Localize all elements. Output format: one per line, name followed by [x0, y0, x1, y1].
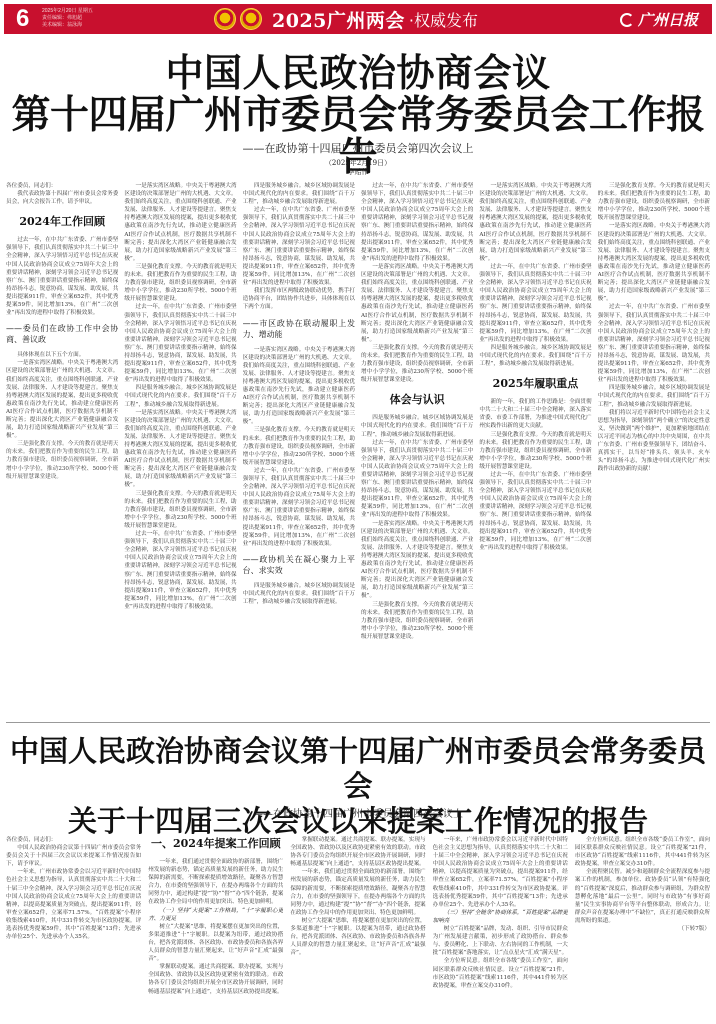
summary-paragraph: 一年来，广州市政协常委会以习近平新时代中国特色社会主义思想为指导，认真贯彻落实中… — [6, 868, 141, 941]
headline-line1: 中国人民政治协商会议第十四届广州市委员会常务委员会 — [0, 734, 716, 804]
subhead-members: ——委员们在政协工作中会协商、善议政 — [6, 323, 118, 345]
subsection-heading-3: （三）坚持“全链条”协商体系，“百姓提案”品牌更加响亮 — [433, 909, 568, 925]
body-text: 树立“百姓提案”品牌，发动、组织、引导市民群众为广州发展建言献策，初步形成了政协… — [433, 925, 568, 957]
article1-column-4: 过去一年，在中共广东省委、广州市委坚强领导下，我们认真贯彻落实中共二十届三中全会… — [361, 182, 473, 714]
body-text: 三是强化教育支撑。今天的教育就是明天的未来。我们把教育作为重要的民生工程，助力教… — [124, 490, 236, 530]
body-text: 树立“大提案”思维，将提案摆在更加突出的位置，多渠道推进“十”字履职。以提案为纽… — [290, 917, 425, 957]
greeting: 各位委员，同志们： — [6, 836, 141, 844]
body-text: 树立“大提案”思维，将提案摆在更加突出的位置，多渠道推进“十”字履职。以提案为纽… — [148, 923, 283, 963]
newspaper-logo: 广州日报 — [620, 9, 698, 30]
body-text: 过去一年，在中共广东省委、广州市委坚强领导下，我们认真贯彻落实中共二十届三中全会… — [479, 471, 591, 552]
body-text: 四是服务城乡融合。城乡区域协调发展是中国式现代化的内在要求。我们围绕“百千万工程… — [361, 414, 473, 438]
article2-body: 各位委员，同志们： 中国人民政治协商会议第十四届广州市委员会常务委员会关于十四届… — [6, 836, 710, 1022]
designer-line: 美术编辑：翁泳海 — [42, 22, 93, 29]
intro-paragraph: 中国人民政治协商会议第十四届广州市委员会常务委员会关于十四届三次会议以来提案工作… — [6, 844, 141, 868]
section-title: 2025广州两会 — [272, 6, 405, 33]
aspect1-paragraph: 一是落实湾区战略。中央关于粤港澳大湾区建设的决策部署是广州的大机遇、大文章。我们… — [6, 359, 118, 440]
body-text: 四是服务城乡融合。城乡区域协调发展是中国式现代化的内在要求。我们围绕“百千万工程… — [243, 182, 355, 206]
article1-column-2: 一是落实湾区战略。中央关于粤港澳大湾区建设的决策部署是广州的大机遇、大文章。我们… — [124, 182, 236, 714]
body-text: 过去一年，在中共广东省委、广州市委坚强领导下，我们认真贯彻落实中共二十届三中全会… — [124, 530, 236, 611]
body-text: 过去一年，在中共广东省委、广州市委坚强领导下，我们认真贯彻落实中共二十届三中全会… — [243, 206, 355, 287]
five-aspects-paragraph: 具体体现在以下五个方面。 — [6, 351, 118, 359]
body-text: 三是强化教育支撑。今天的教育就是明天的未来。我们把教育作为重要的民生工程，助力教… — [479, 431, 591, 471]
newspaper-name: 广州日报 — [638, 9, 698, 30]
body-text: 一年来，我们通过贯彻全面政协的新部署，围绕广州发展的新态势，锚定高质量发展的新任… — [290, 868, 425, 917]
section-divider — [6, 722, 710, 723]
section-heading-review: 一、2024年提案工作回顾 — [148, 836, 283, 852]
body-text: 过去一年，在中共广东省委、广州市委坚强领导下，我们认真贯彻落实中共二十届三中全会… — [243, 467, 355, 548]
body-text: 三是强化教育支撑。今天的教育就是明天的未来。我们把教育作为重要的民生工程，助力教… — [243, 426, 355, 466]
article2-headline: 中国人民政治协商会议第十四届广州市委员会常务委员会 关于十四届三次会议以来提案工… — [0, 734, 716, 839]
body-text: 四是服务城乡融合。城乡区域协调发展是中国式现代化的内在要求。我们围绕“百千万工程… — [598, 384, 710, 408]
review-paragraph: 一年来，我们通过贯彻全面政协的新部署，围绕广州发展的新态势，锚定高质量发展的新任… — [148, 858, 283, 907]
body-text: 过去一年，在中共广东省委、广州市委坚强领导下，我们认真贯彻落实中共二十届三中全会… — [598, 303, 710, 384]
greeting: 各位委员，同志们： — [6, 182, 118, 190]
body-text: 过去一年，在中共广东省委、广州市委坚强领导下，我们认真贯彻落实中共二十届三中全会… — [361, 182, 473, 263]
subhead-organs: ——政协机关在凝心聚力上平台、求实效 — [243, 554, 355, 576]
article1-column-3: 四是服务城乡融合。城乡区域协调发展是中国式现代化的内在要求。我们围绕“百千万工程… — [243, 182, 355, 714]
continued-note: （下转7版） — [575, 925, 710, 933]
article2-column-4: 一年来，广州市政协常委会以习近平新时代中国特色社会主义思想为指导，认真贯彻落实中… — [433, 836, 568, 1022]
body-text: 一是落实湾区战略。中央关于粤港澳大湾区建设的决策部署是广州的大机遇、大文章。我们… — [361, 520, 473, 601]
article1-column-6: 三是强化教育支撑。今天的教育就是明天的未来。我们把教育作为重要的民生工程，助力教… — [598, 182, 710, 714]
article1-column-1: 各位委员，同志们： 我代表政协第十四届广州市委员会常务委员会，向大会报告工作，请… — [6, 182, 118, 714]
joint-paragraph: 我们发挥市区两级政协联动优势，携手打造协商平台，团结协作共进步，具体体现在以下两… — [243, 287, 355, 311]
body-text: 一是落实湾区战略。中央关于粤港澳大湾区建设的决策部署是广州的大机遇、大文章。我们… — [124, 409, 236, 490]
body-text: 全方位听民意。组织全市各级“委员工作室”，面向园区联系群众反映社情民意。设立“百… — [433, 957, 568, 989]
article1-subtitle: ——在政协第十四届广州市委员会第四次会议上 — [0, 140, 716, 156]
article2-subtitle: ——在政协第十四届广州市委员会第四次会议上 — [0, 805, 716, 820]
section-subtitle: ·权威发布 — [409, 8, 478, 31]
logo-swirl-icon — [620, 13, 634, 27]
intro-paragraph: 我代表政协第十四届广州市委员会常务委员会，向大会报告工作，请予审议。 — [6, 190, 118, 206]
final-paragraph: 我们将以习近平新时代中国特色社会主义思想为指导，深刻领悟“两个确立”的决定性意义… — [598, 409, 710, 474]
body-text: 四是服务城乡融合。城乡区域协调发展是中国式现代化的内在要求。我们围绕“百千万工程… — [243, 582, 355, 606]
body-text: 一是落实湾区战略。中央关于粤港澳大湾区建设的决策部署是广州的大机遇、大文章。我们… — [243, 346, 355, 427]
aspect4-paragraph: 四是服务城乡融合。城乡区域协调发展是中国式现代化的内在要求。我们围绕“百千万工程… — [124, 384, 236, 408]
article2-column-3: 掌握联动提案。通过共商提案、联办提案，实现与全国政协、省政协以及区政协更紧密有效… — [290, 836, 425, 1022]
section-heading-review: 2024年工作回顾 — [6, 214, 118, 230]
body-text: 一年来，广州市政协常委会以习近平新时代中国特色社会主义思想为指导，认真贯彻落实中… — [433, 836, 568, 909]
body-text: 一是落实湾区战略。中央关于粤港澳大湾区建设的决策部署是广州的大机遇、大文章。我们… — [479, 182, 591, 263]
body-text: 过去一年，在中共广东省委、广州市委坚强领导下，我们认真贯彻落实中共二十届三中全会… — [361, 439, 473, 520]
body-text: 一是落实湾区战略。中央关于粤港澳大湾区建设的决策部署是广州的大机遇、大文章。我们… — [124, 182, 236, 263]
body-text: 过去一年，在中共广东省委、广州市委坚强领导下，我们认真贯彻落实中共二十届三中全会… — [479, 263, 591, 344]
section-banner: 2025广州两会 ·权威发布 — [214, 6, 478, 32]
body-text: 一是落实湾区战略。中央关于粤港澳大湾区建设的决策部署是广州的大机遇、大文章。我们… — [598, 222, 710, 303]
body-text: 过去一年，在中共广东省委、广州市委坚强领导下，我们认真贯彻落实中共二十届三中全会… — [124, 303, 236, 384]
article2-column-1: 各位委员，同志们： 中国人民政治协商会议第十四届广州市委员会常务委员会关于十四届… — [6, 836, 141, 1022]
body-text: 三是强化教育支撑。今天的教育就是明天的未来。我们把教育作为重要的民生工程，助力教… — [361, 344, 473, 384]
article1-body: 各位委员，同志们： 我代表政协第十四届广州市委员会常务委员会，向大会报告工作，请… — [6, 182, 710, 714]
body-text: 四是服务城乡融合。城乡区域协调发展是中国式现代化的内在要求。我们围绕“百千万工程… — [479, 344, 591, 368]
date-line: 2025年2月20日 星期五 — [42, 8, 93, 15]
body-text: 三是强化教育支撑。今天的教育就是明天的未来。我们把教育作为重要的民生工程，助力教… — [361, 601, 473, 641]
section-heading-insights: 体会与认识 — [361, 392, 473, 408]
article1-column-5: 一是落实湾区战略。中央关于粤港澳大湾区建设的决策部署是广州的大机遇、大文章。我们… — [479, 182, 591, 714]
body-text: 三是强化教育支撑。今天的教育就是明天的未来。我们把教育作为重要的民生工程，助力教… — [598, 182, 710, 222]
section-heading-priorities: 2025年履职重点 — [479, 376, 591, 392]
article1-author: 李贻伟 — [0, 167, 716, 177]
edition-meta: 2025年2月20日 星期五 责任编辑：弗旭超 美术编辑：翁泳海 — [42, 8, 93, 29]
review-paragraph: 过去一年，在中共广东省委、广州市委坚强领导下，我们认真贯彻落实中共二十届三中全会… — [6, 236, 118, 317]
aspect3-paragraph: 三是强化教育支撑。今天的教育就是明天的未来。我们把教育作为重要的民生工程，助力教… — [124, 263, 236, 303]
headline-line1: 中国人民政治协商会议 — [0, 52, 716, 94]
article2-column-2: 一、2024年提案工作回顾 一年来，我们通过贯彻全面政协的新部署，围绕广州发展的… — [148, 836, 283, 1022]
page-number: 6 — [16, 6, 29, 32]
body-text: 全方位听民意。组织全市各级“委员工作室”，面向园区联系群众反映社情民意。设立“百… — [575, 836, 710, 868]
page-masthead: 6 2025年2月20日 星期五 责任编辑：弗旭超 美术编辑：翁泳海 2025广… — [4, 4, 712, 34]
body-text: 掌握联动提案。通过共商提案、联办提案，实现与全国政协、省政协以及区政协更紧密有效… — [290, 836, 425, 868]
body-text: 一是落实湾区战略。中央关于粤港澳大湾区建设的决策部署是广州的大机遇、大文章。我们… — [361, 263, 473, 344]
article2-column-5: 全方位听民意。组织全市各级“委员工作室”，面向园区联系群众反映社情民意。设立“百… — [575, 836, 710, 1022]
editor-line: 责任编辑：弗旭超 — [42, 15, 93, 22]
subsection-heading-1: （一）坚持“大提案”工作格局，“十”字履职心更齐、力更足 — [148, 907, 283, 923]
body-text: 三是强化教育支撑。今天的教育就是明天的未来。我们把教育作为重要的民生工程，助力教… — [6, 440, 118, 480]
body-text: 全流程聚民智。减少和遏制群众全流程深度参与提案工作的机制，参加单位、政协委员“认… — [575, 868, 710, 925]
national-emblem-icon — [214, 8, 236, 30]
closing-paragraph: 新的一年，我们的工作思路是：全面贯彻中共二十大和二十届三中全会精神，深入落实省委… — [479, 398, 591, 430]
body-text: 掌握联动提案。通过共商提案、联办提案，实现与全国政协、省政协以及区政协更紧密有效… — [148, 963, 283, 995]
cppcc-emblem-icon — [240, 8, 262, 30]
subhead-districts: ——市区政协在联动履职上发力、增动能 — [243, 318, 355, 340]
